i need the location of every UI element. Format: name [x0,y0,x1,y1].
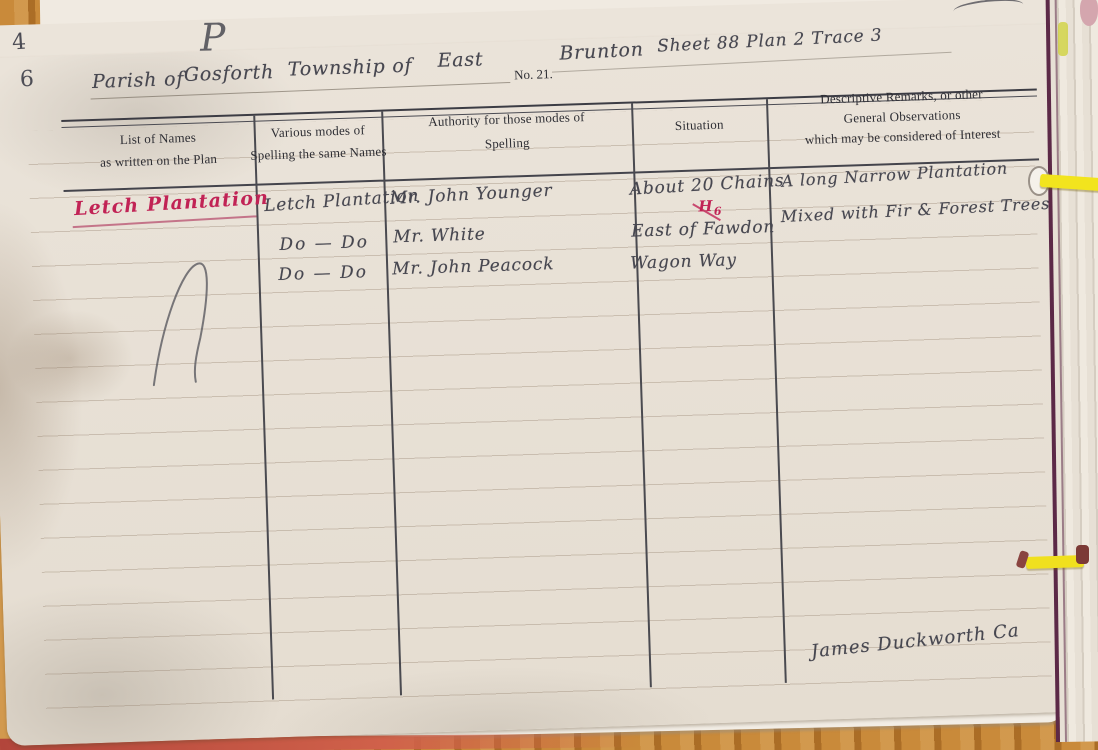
authority-row2: Mr. White [393,224,486,247]
header-parish-label: Parish of [92,68,185,93]
header-township-value-2: Brunton [559,38,644,64]
header-township-value-1: East [437,48,483,71]
situation-row3: Wagon Way [630,250,737,273]
header-sheet-plan-trace: Sheet 88 Plan 2 Trace 3 [657,25,883,56]
name-book-page: 6 Parish of Gosforth Township of East No… [0,24,1079,746]
page-number: 6 [20,67,35,92]
header-township-label: Township of [287,55,412,81]
spelling-row3: Do — Do [278,262,368,285]
printed-entry-number: No. 21. [514,66,553,83]
tie-clasp-right [1076,545,1089,564]
scanned-survey-name-book-photo: { "colors": { "paper": "#e9e2d7", "wood"… [0,0,1098,750]
binding-edge-line [1055,0,1067,742]
pencil-squiggle-mark [132,250,267,404]
main-sheet: 6 Parish of Gosforth Township of East No… [0,0,1098,750]
spelling-row2: Do — Do [279,232,369,255]
header-parish-value: Gosforth [184,61,275,86]
corner-yellow-edge [1058,22,1068,56]
